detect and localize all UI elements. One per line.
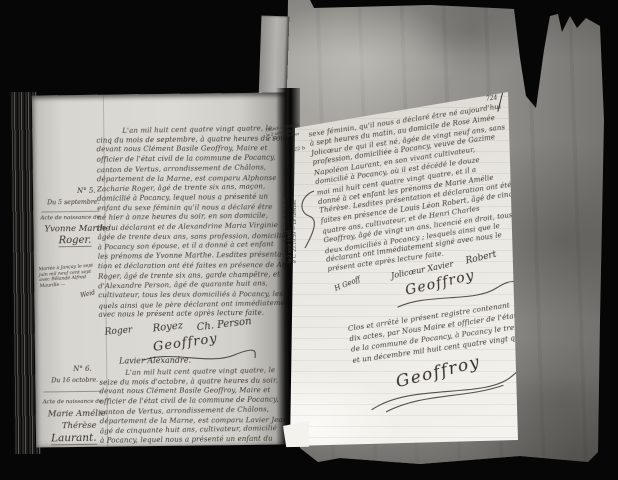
archival-scan: N° 5. Du 5 septembre. Acte de naissance … [0, 0, 618, 480]
acte6-child-surname: Laurant. [51, 432, 97, 446]
marginal-mention: Mariée à Jançay le septjuin mil neuf cen… [38, 263, 103, 289]
officer-paraph: H Geoff [333, 275, 361, 293]
right-register-page: 724 sexe féminin, qu'il nous a déclaré ê… [282, 86, 524, 450]
acte5-body-text: L'an mil huit cent quatre vingt quatre, … [96, 124, 290, 320]
handwritten-line: tion et déclaration ont été faites en pr… [98, 261, 290, 272]
acte6-heading: Lavier Alexandre. [119, 356, 191, 366]
margin-divider [41, 211, 99, 213]
acte5-child-surname: Roger. [59, 235, 92, 247]
right-page-content: sexe féminin, qu'il nous a déclaré être … [308, 101, 532, 275]
left-register-page: N° 5. Du 5 septembre. Acte de naissance … [32, 92, 290, 447]
paraph-mark-icon [296, 188, 320, 252]
acte6-title: Acte de naissance de [43, 399, 103, 406]
acte6-body-text: L'an mil huit cent quatre vingt quatre, … [99, 366, 290, 446]
margin-divider [43, 391, 101, 393]
signature-witness1: Royez [152, 320, 183, 334]
mention-paraph: Weid [80, 289, 96, 299]
handwritten-line: devant nous Clément Basile Geoffroy, Mai… [99, 386, 290, 397]
folio-number: 724 [486, 94, 498, 103]
acte5-title: Acte de naissance de [40, 215, 100, 222]
acte5-date: Du 5 septembre. [47, 199, 99, 207]
acte6-date: Du 16 octobre. [51, 377, 98, 385]
signature-declarant: Roger [104, 325, 132, 337]
acte6-number: N° 6. [73, 365, 92, 373]
acte6-child-name: Marie Amélie [48, 409, 106, 420]
handwritten-line: devant nous Clément Basile Geoffroy, Mai… [97, 144, 289, 155]
acte5-number: N° 5. [77, 187, 96, 195]
handwritten-line: enfant du sexe féminin qu'il nous a décl… [97, 203, 289, 214]
acte6-child-name2: Thérèse [62, 421, 97, 431]
